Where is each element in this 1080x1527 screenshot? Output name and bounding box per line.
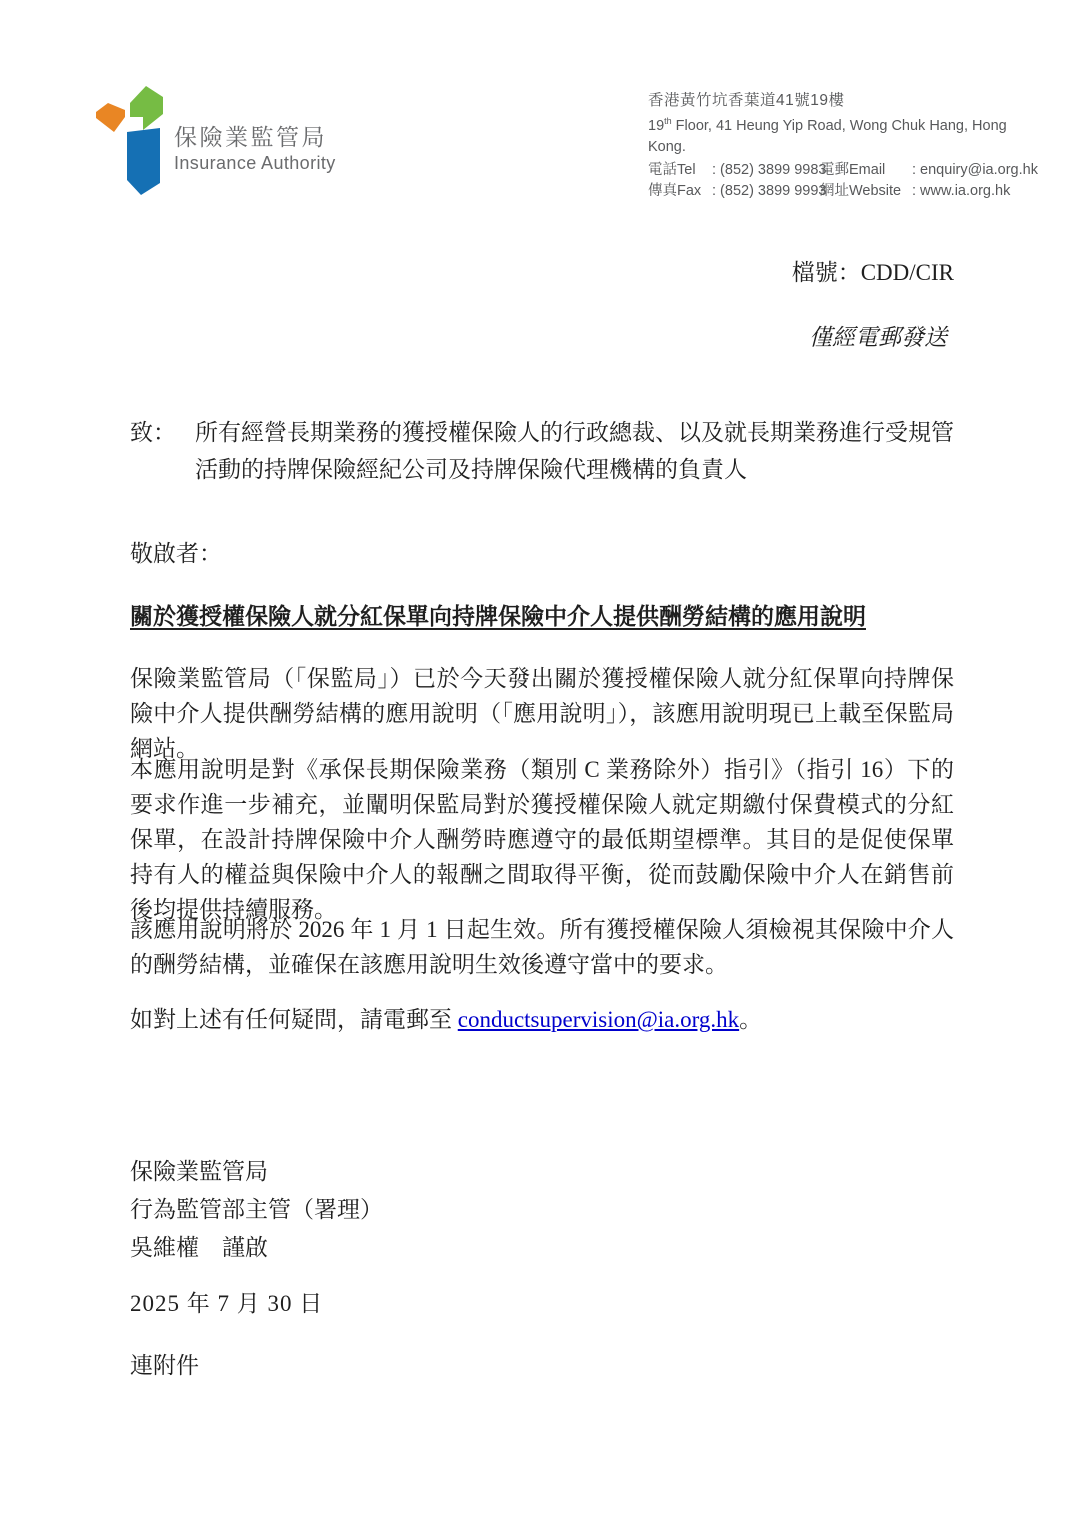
paragraph-3: 該應用說明將於 2026 年 1 月 1 日起生效。所有獲授權保險人須檢視其保險… xyxy=(130,912,954,982)
signature-title: 行為監管部主管（署理） xyxy=(130,1191,383,1229)
recipient-block: 致： 所有經營長期業務的獲授權保險人的行政總裁、以及就長期業務進行受規管活動的持… xyxy=(130,414,954,488)
address-en-ordinal: th xyxy=(664,116,672,126)
website-line: 網址Website: www.ia.org.hk xyxy=(820,181,1038,202)
recipient-text: 所有經營長期業務的獲授權保險人的行政總裁、以及就長期業務進行受規管活動的持牌保險… xyxy=(195,414,954,488)
fax-line: 傳真Fax: (852) 3899 9993 xyxy=(648,181,820,202)
address-en: 19th Floor, 41 Heung Yip Road, Wong Chuk… xyxy=(648,111,1008,158)
tel-value: : (852) 3899 9983 xyxy=(712,162,826,178)
ia-logo-icon xyxy=(94,84,164,196)
ia-logo: 保險業監管局 Insurance Authority xyxy=(94,84,336,196)
delivery-note: 僅經電郵發送 xyxy=(809,319,947,352)
tel-line: 電話Tel: (852) 3899 9983 xyxy=(648,160,820,181)
address-zh: 香港黃竹坑香葉道41號19樓 xyxy=(648,90,1008,111)
signature-name: 吳維權 謹啟 xyxy=(130,1229,383,1267)
enquiry-text: 如對上述有任何疑問，請電郵至 xyxy=(130,1007,458,1032)
tel-label: 電話Tel xyxy=(648,160,712,181)
enquiry-text-end: 。 xyxy=(739,1007,762,1032)
address-en-number: 19 xyxy=(648,118,664,134)
salutation: 敬啟者： xyxy=(130,535,222,568)
paragraph-4: 如對上述有任何疑問，請電郵至 conductsupervision@ia.org… xyxy=(130,1002,954,1037)
contact-grid: 電話Tel: (852) 3899 9983 電郵Email: enquiry@… xyxy=(648,160,1008,202)
to-label: 致： xyxy=(130,414,195,488)
letter-page: 保險業監管局 Insurance Authority 香港黃竹坑香葉道41號19… xyxy=(0,0,1080,1527)
signature-block: 保險業監管局 行為監管部主管（署理） 吳維權 謹啟 xyxy=(130,1153,383,1267)
email-label: 電郵Email xyxy=(820,160,912,181)
email-value: : enquiry@ia.org.hk xyxy=(912,162,1038,178)
website-label: 網址Website xyxy=(820,181,912,202)
paragraph-1: 保險業監管局（「保監局」）已於今天發出關於獲授權保險人就分紅保單向持牌保險中介人… xyxy=(130,661,954,766)
logo-wordmark: 保險業監管局 Insurance Authority xyxy=(174,124,336,174)
date-line: 2025 年 7 月 30 日 xyxy=(130,1285,323,1318)
contact-email-link[interactable]: conductsupervision@ia.org.hk xyxy=(458,1007,739,1032)
email-line: 電郵Email: enquiry@ia.org.hk xyxy=(820,160,1038,181)
file-reference: 檔號：CDD/CIR xyxy=(792,254,954,287)
enclosure-note: 連附件 xyxy=(130,1347,199,1380)
fax-value: : (852) 3899 9993 xyxy=(712,183,826,199)
contact-block: 香港黃竹坑香葉道41號19樓 19th Floor, 41 Heung Yip … xyxy=(648,90,1008,202)
website-value: : www.ia.org.hk xyxy=(912,183,1010,199)
logo-name-zh: 保險業監管局 xyxy=(174,124,336,150)
logo-name-en: Insurance Authority xyxy=(174,152,336,174)
fax-label: 傳真Fax xyxy=(648,181,712,202)
subject-line: 關於獲授權保險人就分紅保單向持牌保險中介人提供酬勞結構的應用說明 xyxy=(130,598,866,631)
paragraph-2: 本應用說明是對《承保長期保險業務（類別 C 業務除外）指引》（指引 16）下的要… xyxy=(130,752,954,927)
address-en-rest: Floor, 41 Heung Yip Road, Wong Chuk Hang… xyxy=(648,118,1007,155)
signature-org: 保險業監管局 xyxy=(130,1153,383,1191)
